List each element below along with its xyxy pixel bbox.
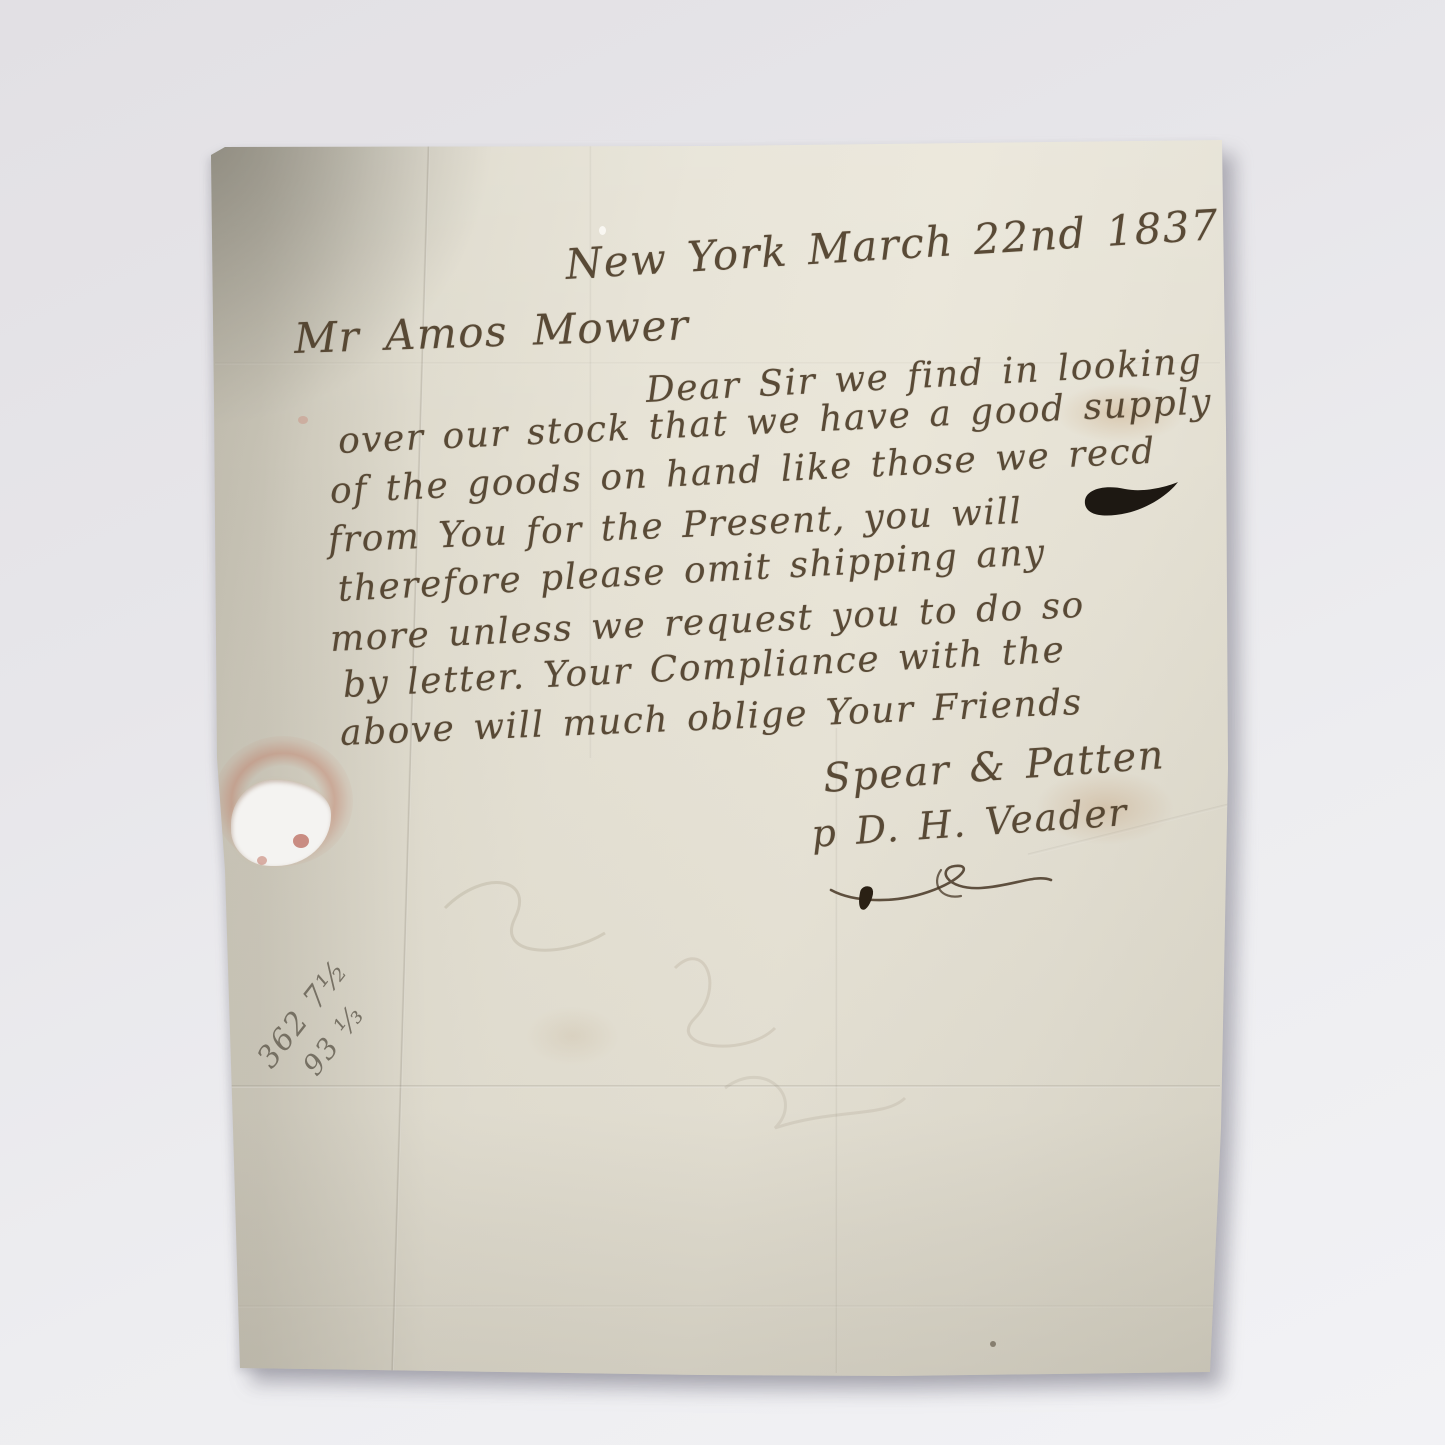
pencil-notation-line-2: 93 ⅓ xyxy=(296,998,371,1081)
fold-crease-horizontal-bottom xyxy=(230,1305,1215,1308)
signature-agent: p D. H. Veader xyxy=(810,790,1129,856)
shading-bottom-panel xyxy=(195,1110,1243,1380)
letter-paper: New York March 22nd 1837 Mr Amos Mower D… xyxy=(195,128,1243,1380)
foxing-stain-center xyxy=(525,1006,620,1066)
show-through-writing xyxy=(425,848,985,1178)
fold-crease-horizontal-main xyxy=(220,1085,1220,1088)
paper-nick-white xyxy=(599,226,606,235)
wax-seal-red-dot-2 xyxy=(257,856,267,865)
wax-seal-red-dot-1 xyxy=(293,834,309,848)
pencil-notation: 362 7½ 93 ⅓ xyxy=(188,870,481,1166)
letter-dateline: New York March 22nd 1837 xyxy=(564,200,1221,289)
torn-hole xyxy=(231,780,331,866)
ink-blot-large xyxy=(1081,480,1181,526)
pink-speck xyxy=(298,416,308,424)
letter-paper-shadow: New York March 22nd 1837 Mr Amos Mower D… xyxy=(195,128,1243,1380)
dark-speck-bottom xyxy=(990,1341,996,1347)
photo-scene: New York March 22nd 1837 Mr Amos Mower D… xyxy=(0,0,1445,1445)
wax-seal-stain-ring xyxy=(213,736,353,866)
letter-recipient: Mr Amos Mower xyxy=(293,300,690,363)
pencil-notation-line-1: 362 7½ xyxy=(250,953,356,1075)
signature-flourish xyxy=(823,856,1073,916)
ink-blot-small xyxy=(857,885,875,911)
